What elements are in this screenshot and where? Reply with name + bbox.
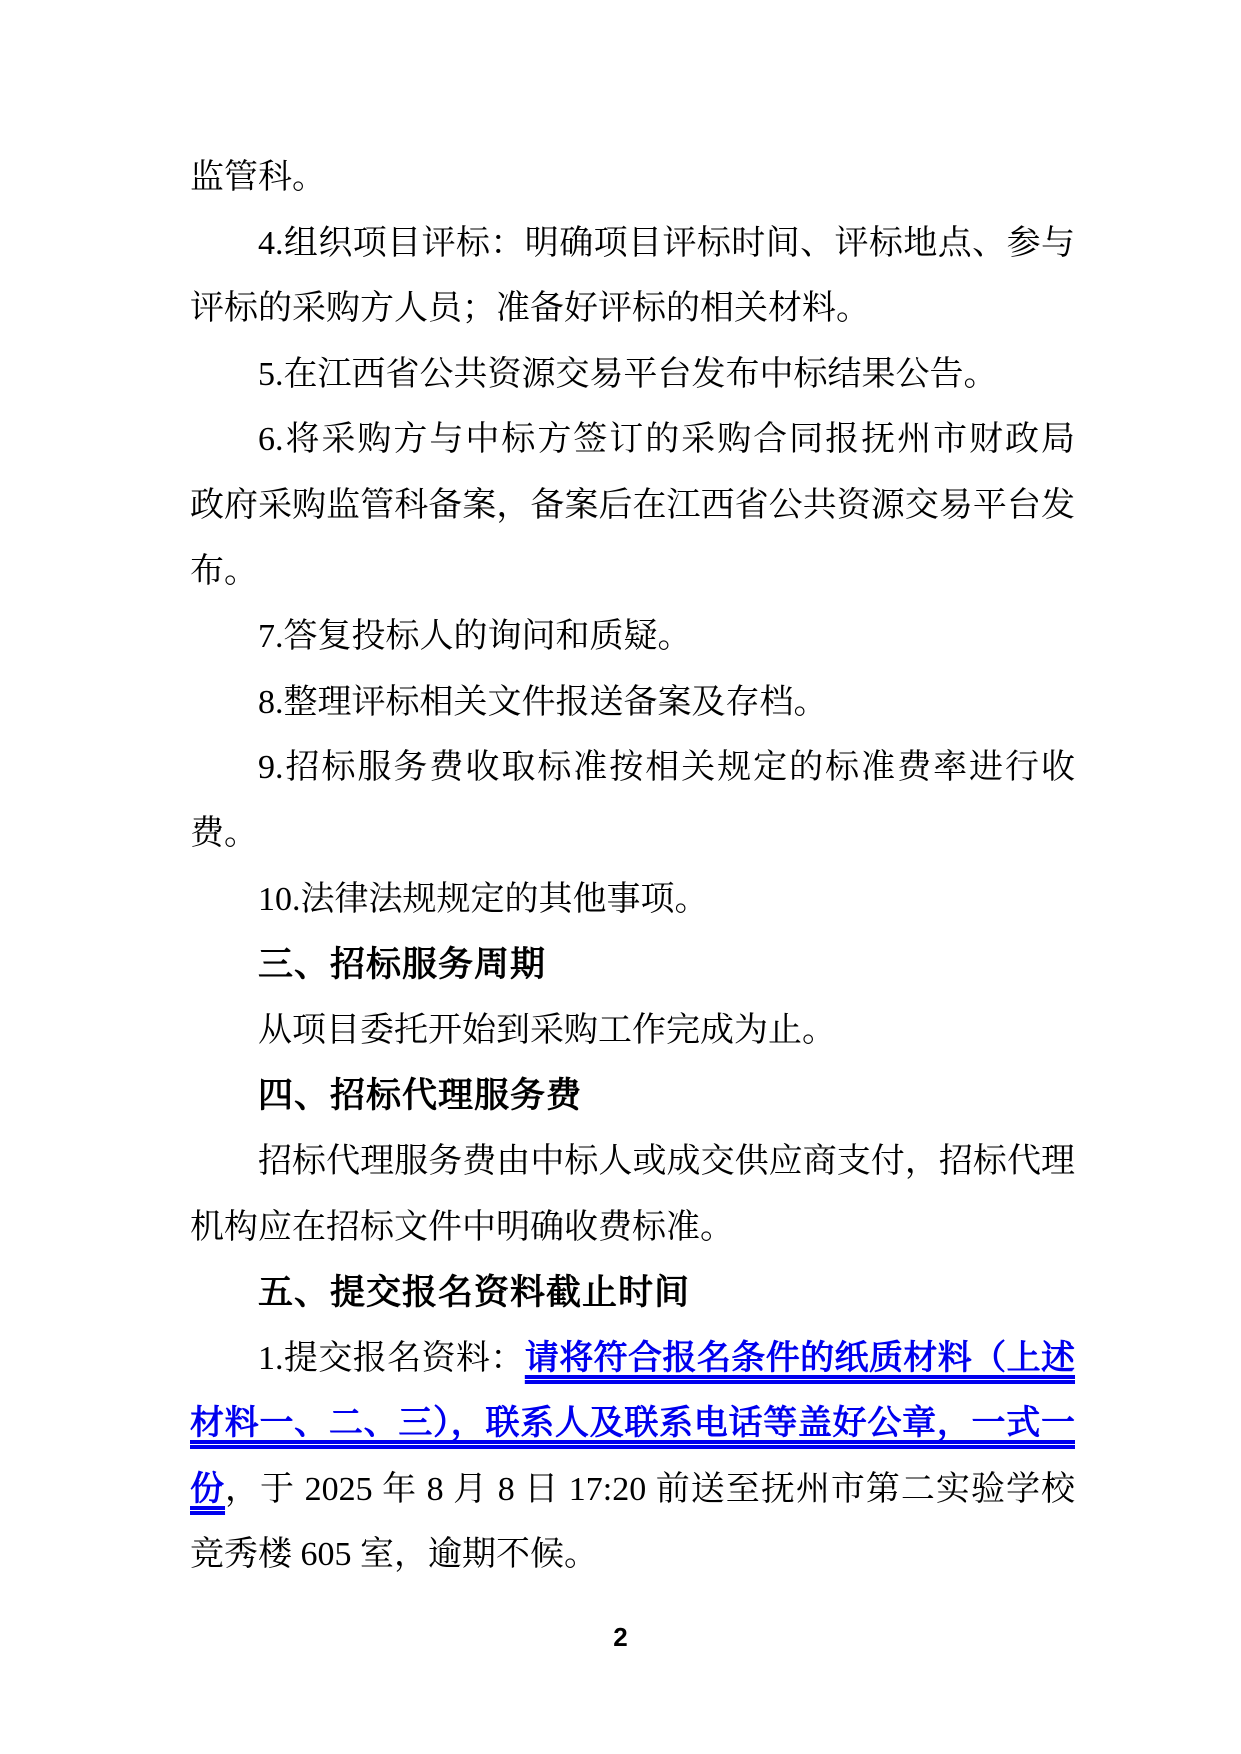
text-segment: 三、招标服务周期 (258, 945, 546, 984)
hyperlink-styled-text: 材料一、二、三），联系人及联系电话等盖好公章，一式一 (190, 1405, 1075, 1442)
text-segment: 6.将采购方与中标方签订的采购合同报抚州市财政局 (258, 421, 1075, 458)
text-line: 从项目委托开始到采购工作完成为止。 (190, 998, 1075, 1064)
section-heading: 五、提交报名资料截止时间 (190, 1260, 1075, 1326)
text-segment: 五、提交报名资料截止时间 (258, 1273, 690, 1312)
text-line: 8.整理评标相关文件报送备案及存档。 (190, 670, 1075, 736)
document-page: 监管科。4.组织项目评标：明确项目评标时间、评标地点、参与评标的采购方人员；准备… (0, 0, 1241, 1754)
text-segment: 从项目委托开始到采购工作完成为止。 (258, 1012, 836, 1049)
text-segment: 9.招标服务费收取标准按相关规定的标准费率进行收 (258, 749, 1075, 786)
text-segment: 7.答复投标人的询问和质疑。 (258, 618, 692, 655)
text-line: 4.组织项目评标：明确项目评标时间、评标地点、参与 (190, 211, 1075, 277)
text-segment: 5.在江西省公共资源交易平台发布中标结果公告。 (258, 356, 998, 393)
text-line: 份，于 2025 年 8 月 8 日 17:20 前送至抚州市第二实验学校 (190, 1457, 1075, 1523)
text-segment: 8.整理评标相关文件报送备案及存档。 (258, 684, 828, 721)
text-line: 6.将采购方与中标方签订的采购合同报抚州市财政局 (190, 407, 1075, 473)
text-segment: 招标代理服务费由中标人或成交供应商支付，招标代理 (258, 1143, 1075, 1180)
text-line: 政府采购监管科备案，备案后在江西省公共资源交易平台发 (190, 473, 1075, 539)
text-segment: 费。 (190, 815, 258, 852)
text-line: 费。 (190, 801, 1075, 867)
section-heading: 三、招标服务周期 (190, 932, 1075, 998)
text-segment: 评标的采购方人员；准备好评标的相关材料。 (190, 290, 870, 327)
text-line: 布。 (190, 539, 1075, 605)
text-line: 9.招标服务费收取标准按相关规定的标准费率进行收 (190, 735, 1075, 801)
hyperlink-styled-text: 份 (190, 1471, 225, 1508)
text-line: 7.答复投标人的询问和质疑。 (190, 604, 1075, 670)
text-line: 监管科。 (190, 145, 1075, 211)
hyperlink-styled-text: 请将符合报名条件的纸质材料（上述 (525, 1340, 1075, 1377)
text-line: 1.提交报名资料：请将符合报名条件的纸质材料（上述 (190, 1326, 1075, 1392)
text-line: 机构应在招标文件中明确收费标准。 (190, 1195, 1075, 1261)
text-line: 材料一、二、三），联系人及联系电话等盖好公章，一式一 (190, 1391, 1075, 1457)
section-heading: 四、招标代理服务费 (190, 1063, 1075, 1129)
page-number: 2 (0, 1622, 1241, 1652)
text-segment: 监管科。 (190, 159, 326, 196)
text-line: 竞秀楼 605 室，逾期不候。 (190, 1522, 1075, 1588)
text-segment: 布。 (190, 553, 258, 590)
text-line: 10.法律法规规定的其他事项。 (190, 867, 1075, 933)
text-segment: 机构应在招标文件中明确收费标准。 (190, 1209, 734, 1246)
text-line: 评标的采购方人员；准备好评标的相关材料。 (190, 276, 1075, 342)
text-segment: 1.提交报名资料： (258, 1340, 525, 1377)
text-segment: 10.法律法规规定的其他事项。 (258, 881, 709, 918)
text-line: 招标代理服务费由中标人或成交供应商支付，招标代理 (190, 1129, 1075, 1195)
text-segment: 四、招标代理服务费 (258, 1076, 582, 1115)
text-segment: ，于 2025 年 8 月 8 日 17:20 前送至抚州市第二实验学校 (225, 1471, 1075, 1508)
text-segment: 政府采购监管科备案，备案后在江西省公共资源交易平台发 (190, 487, 1075, 524)
text-segment: 竞秀楼 605 室，逾期不候。 (190, 1536, 598, 1573)
text-segment: 4.组织项目评标：明确项目评标时间、评标地点、参与 (258, 225, 1075, 262)
document-body: 监管科。4.组织项目评标：明确项目评标时间、评标地点、参与评标的采购方人员；准备… (190, 145, 1075, 1588)
text-line: 5.在江西省公共资源交易平台发布中标结果公告。 (190, 342, 1075, 408)
